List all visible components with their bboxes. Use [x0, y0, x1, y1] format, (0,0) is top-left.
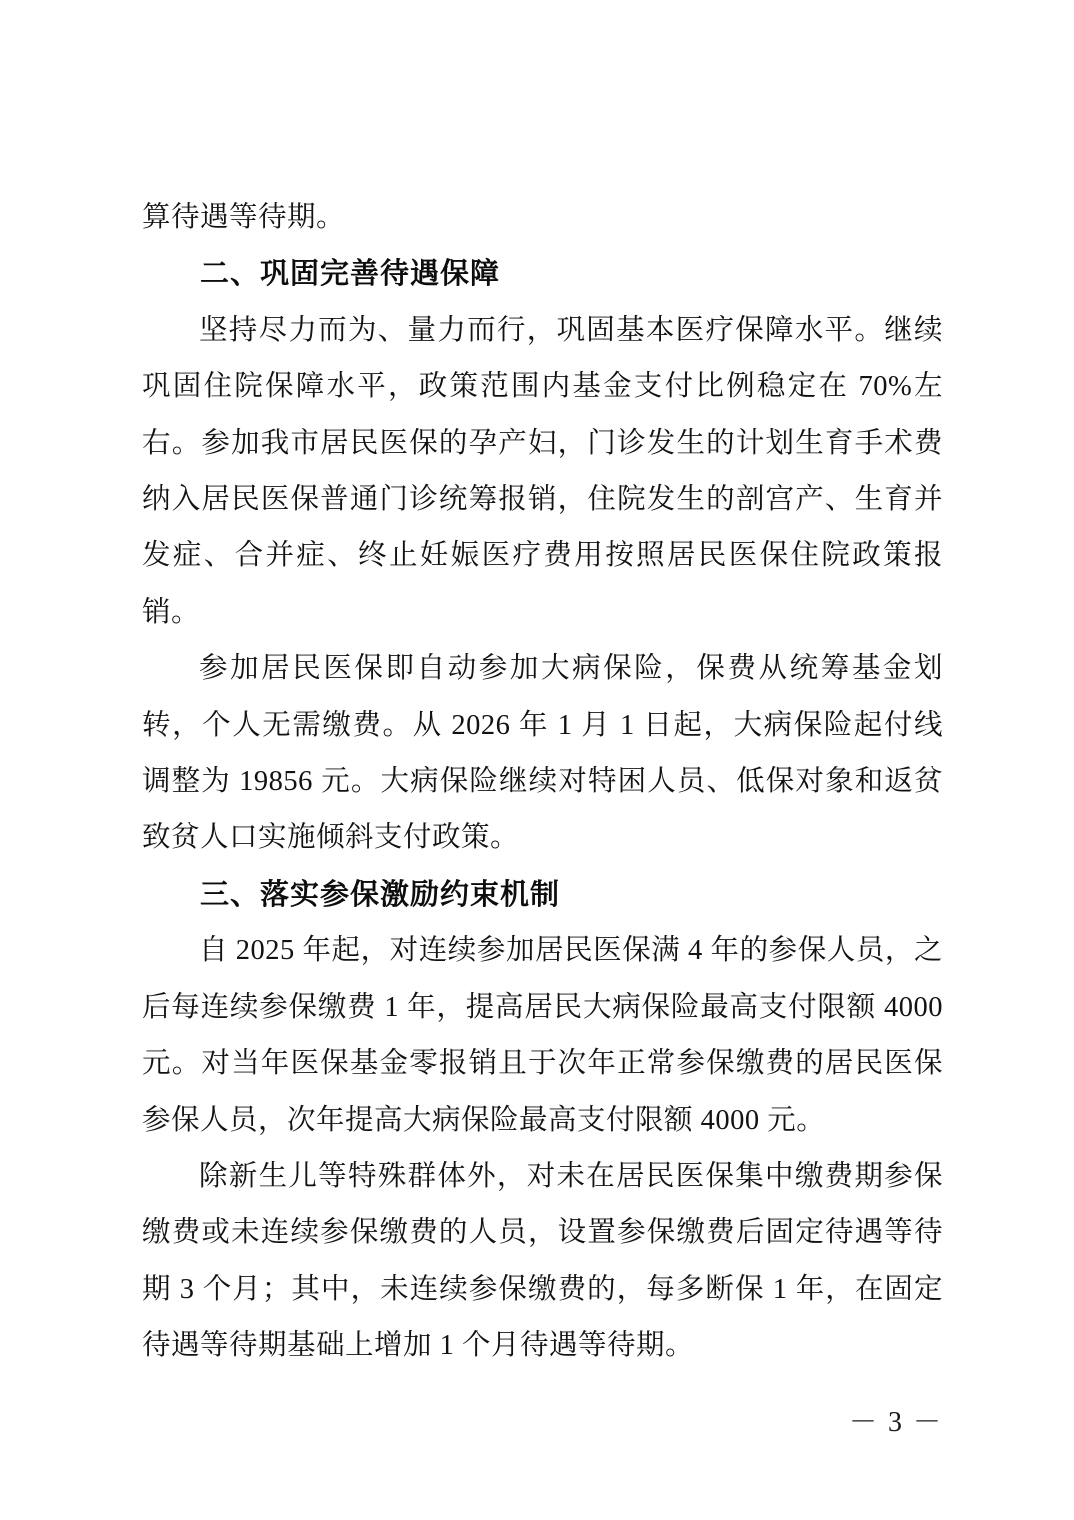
section-heading-2: 二、巩固完善待遇保障: [142, 246, 943, 302]
document-body: 算待遇等待期。 二、巩固完善待遇保障 坚持尽力而为、量力而行，巩固基本医疗保障水…: [142, 190, 943, 1375]
body-paragraph-waiting-period: 除新生儿等特殊群体外，对未在居民医保集中缴费期参保缴费或未连续参保缴费的人员，设…: [142, 1149, 943, 1375]
paragraph-continuation: 算待遇等待期。: [142, 190, 943, 246]
document-page: 算待遇等待期。 二、巩固完善待遇保障 坚持尽力而为、量力而行，巩固基本医疗保障水…: [0, 0, 1074, 1520]
page-number: － 3 －: [849, 1406, 943, 1440]
body-paragraph-incentive: 自 2025 年起，对连续参加居民医保满 4 年的参保人员，之后每连续参保缴费 …: [142, 923, 943, 1149]
body-paragraph-critical-illness: 参加居民医保即自动参加大病保险，保费从统筹基金划转，个人无需缴费。从 2026 …: [142, 641, 943, 867]
body-paragraph-benefit-level: 坚持尽力而为、量力而行，巩固基本医疗保障水平。继续巩固住院保障水平，政策范围内基…: [142, 303, 943, 641]
section-heading-3: 三、落实参保激励约束机制: [142, 867, 943, 923]
